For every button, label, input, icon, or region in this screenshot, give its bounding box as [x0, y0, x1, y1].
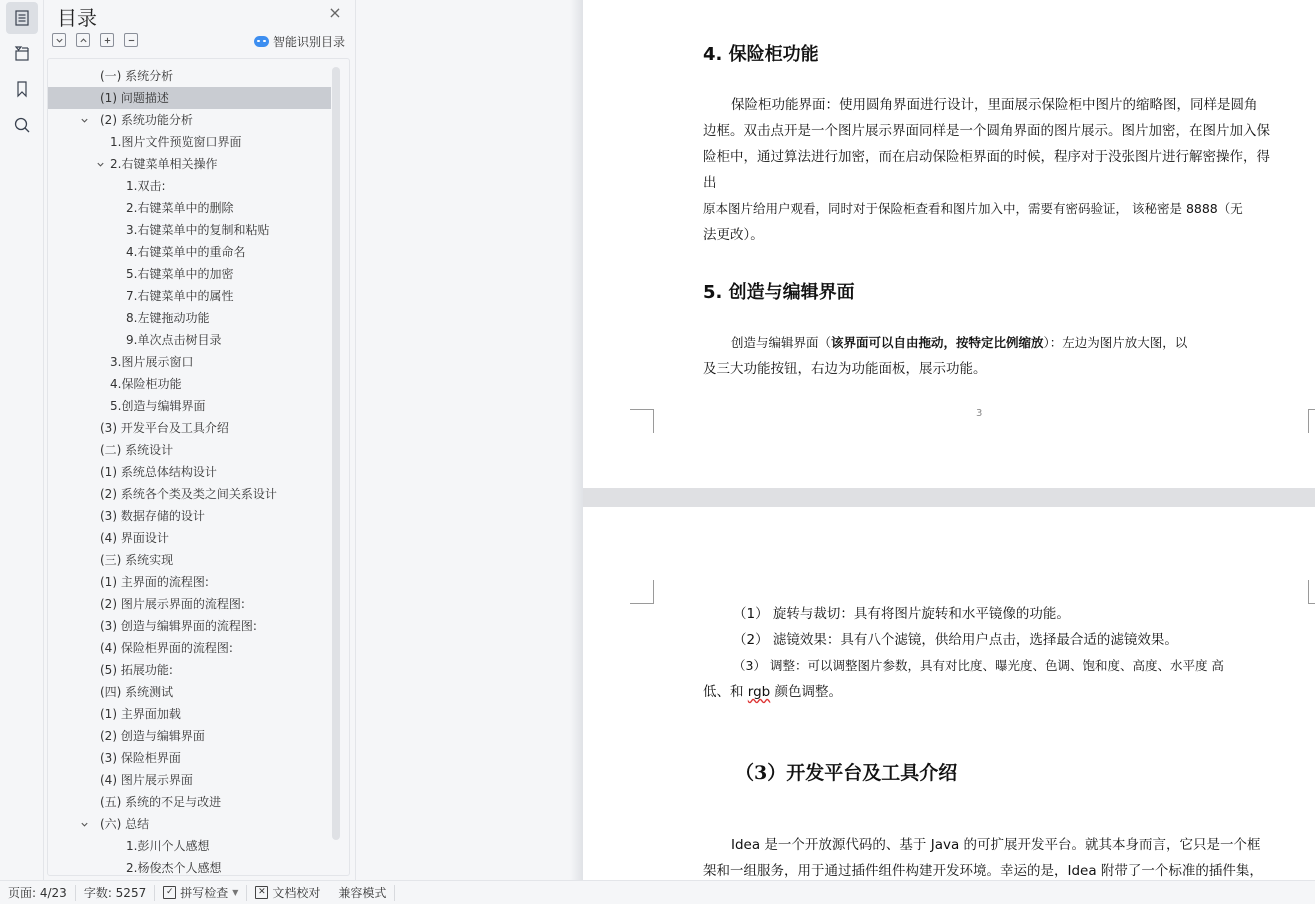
toc-item-label: (1) 系统总体结构设计: [100, 465, 217, 479]
ai-smart-icon: [254, 36, 269, 47]
toc-item[interactable]: (二) 系统设计: [48, 439, 331, 461]
page-indicator[interactable]: 页面: 4/23: [0, 885, 76, 901]
para-text: ）：左边为图片放大图，以: [1044, 335, 1188, 350]
toc-list-icon: [13, 9, 31, 27]
spelling-error-word[interactable]: rgb: [748, 684, 770, 700]
toc-item-label: (4) 图片展示界面: [100, 773, 193, 787]
toc-scrollbar[interactable]: [332, 67, 340, 840]
heading-dev-platform: （3）开发平台及工具介绍: [735, 758, 957, 785]
compat-mode-label: 兼容模式: [338, 884, 386, 901]
list-text: 滤镜效果：具有八个滤镜，供给用户点击，选择最合适的滤镜效果。: [773, 632, 1178, 648]
list-text: 调整：可以调整图片参数，具有对比度、曝光度、色调、饱和度、高度、水平度 高: [770, 658, 1224, 673]
canvas-margin: [357, 0, 583, 880]
toc-item-label: (2) 图片展示界面的流程图:: [100, 597, 245, 611]
toc-panel: 目录 × 智能识别目录 (一) 系统分析(1) 问题描述(2) 系统功能分析1.…: [45, 0, 356, 880]
proofread-icon: ✕: [255, 886, 268, 899]
para-line: 及三大功能按钮，右边为功能面板，展示功能。: [703, 356, 1283, 382]
toc-item-label: (1) 问题描述: [100, 91, 169, 105]
toc-item[interactable]: (4) 界面设计: [48, 527, 331, 549]
toc-item[interactable]: (1) 主界面的流程图:: [48, 571, 331, 593]
toc-item[interactable]: 8.左键拖动功能: [48, 307, 331, 329]
toc-item[interactable]: 5.右键菜单中的加密: [48, 263, 331, 285]
navigation-panel-button[interactable]: [6, 37, 38, 69]
toc-item-label: (1) 主界面加载: [100, 707, 181, 721]
toc-item-label: 7.右键菜单中的属性: [126, 289, 233, 303]
smart-toc-label: 智能识别目录: [273, 33, 345, 50]
word-count[interactable]: 字数: 5257: [76, 885, 155, 901]
toc-item[interactable]: (3) 数据存储的设计: [48, 505, 331, 527]
toc-item-label: 3.图片展示窗口: [110, 355, 193, 369]
chevron-down-icon[interactable]: [94, 153, 106, 175]
toc-item[interactable]: (4) 图片展示界面: [48, 769, 331, 791]
para-line: 保险柜功能界面：使用圆角界面进行设计，里面展示保险柜中图片的缩略图，同样是圆角: [703, 92, 1283, 118]
chevron-down-icon[interactable]: [78, 813, 90, 835]
toc-item[interactable]: (五) 系统的不足与改进: [48, 791, 331, 813]
paragraph-idea: Idea 是一个开放源代码的、基于 Java 的可扩展开发平台。就其本身而言，它…: [703, 832, 1283, 880]
toc-tree: (一) 系统分析(1) 问题描述(2) 系统功能分析1.图片文件预览窗口界面2.…: [47, 58, 350, 876]
toc-item[interactable]: (3) 创造与编辑界面的流程图:: [48, 615, 331, 637]
word-count-text: 字数: 5257: [84, 884, 146, 901]
toc-item-label: (5) 拓展功能:: [100, 663, 173, 677]
toc-title: 目录: [57, 2, 97, 31]
para-bold-text: 该界面可以自由拖动，按特定比例缩放: [831, 335, 1044, 350]
para-line: 架和一组服务，用于通过插件组件构建开发环境。幸运的是，Idea 附带了一个标准的…: [703, 858, 1283, 880]
toc-item-label: 9.单次点击树目录: [126, 333, 221, 347]
toc-item-label: (2) 创造与编辑界面: [100, 729, 205, 743]
spell-check-button[interactable]: ✓ 拼写检查 ▼: [155, 885, 247, 901]
para-line: Idea 是一个开放源代码的、基于 Java 的可扩展开发平台。就其本身而言，它…: [703, 832, 1283, 858]
toc-item-label: 5.创造与编辑界面: [110, 399, 205, 413]
toc-item-label: (3) 数据存储的设计: [100, 509, 205, 523]
search-panel-button[interactable]: [6, 109, 38, 141]
list-text: 旋转与裁切：具有将图片旋转和水平镜像的功能。: [773, 606, 1070, 622]
remove-heading-button[interactable]: [124, 33, 138, 47]
heading-create-edit: 5. 创造与编辑界面: [703, 278, 855, 304]
toc-item[interactable]: 7.右键菜单中的属性: [48, 285, 331, 307]
doc-proofread-label: 文档校对: [272, 884, 320, 901]
paragraph-safe-box: 保险柜功能界面：使用圆角界面进行设计，里面展示保险柜中图片的缩略图，同样是圆角 …: [703, 92, 1283, 248]
toc-item[interactable]: 4.保险柜功能: [48, 373, 331, 395]
toc-item-label: 2.右键菜单中的删除: [126, 201, 233, 215]
toc-item-label: (五) 系统的不足与改进: [100, 795, 221, 809]
toc-item[interactable]: (2) 创造与编辑界面: [48, 725, 331, 747]
add-heading-button[interactable]: [100, 33, 114, 47]
expand-all-button[interactable]: [76, 33, 90, 47]
toc-item[interactable]: 1.双击:: [48, 175, 331, 197]
dropdown-caret-icon[interactable]: ▼: [232, 888, 238, 897]
toc-item[interactable]: 3.右键菜单中的复制和粘贴: [48, 219, 331, 241]
toc-item[interactable]: 1.图片文件预览窗口界面: [48, 131, 331, 153]
para-line: 创造与编辑界面（该界面可以自由拖动，按特定比例缩放）：左边为图片放大图，以: [703, 330, 1283, 356]
spell-check-label: 拼写检查: [180, 884, 228, 901]
toc-item-label: 5.右键菜单中的加密: [126, 267, 233, 281]
toc-item[interactable]: 2.右键菜单相关操作: [48, 153, 331, 175]
para-line: 险柜中，通过算法进行加密，而在启动保险柜界面的时候，程序对于没张图片进行解密操作…: [703, 144, 1283, 196]
search-icon: [13, 116, 31, 134]
toc-item-label: (4) 保险柜界面的流程图:: [100, 641, 233, 655]
list-number: （3）: [733, 658, 766, 673]
toc-item[interactable]: (1) 系统总体结构设计: [48, 461, 331, 483]
toc-item[interactable]: 2.杨俊杰个人感想: [48, 857, 331, 876]
toc-item[interactable]: 9.单次点击树目录: [48, 329, 331, 351]
margin-corner-mark: [630, 409, 654, 433]
margin-corner-mark: [1308, 409, 1315, 433]
toc-item[interactable]: (2) 系统功能分析: [48, 109, 331, 131]
feature-list: （1） 旋转与裁切：具有将图片旋转和水平镜像的功能。 （2） 滤镜效果：具有八个…: [703, 601, 1283, 705]
toc-item[interactable]: (3) 保险柜界面: [48, 747, 331, 769]
wps-writer-window: 目录 × 智能识别目录 (一) 系统分析(1) 问题描述(2) 系统功能分析1.…: [0, 0, 1315, 904]
chevron-down-icon: [55, 36, 64, 45]
toc-item[interactable]: 3.图片展示窗口: [48, 351, 331, 373]
plus-icon: [103, 36, 112, 45]
paragraph-create-edit: 创造与编辑界面（该界面可以自由拖动，按特定比例缩放）：左边为图片放大图，以 及三…: [703, 330, 1283, 382]
para-line: 边框。双击点开是一个图片展示界面同样是一个圆角界面的图片展示。图片加密，在图片加…: [703, 118, 1283, 144]
toc-item-label: (一) 系统分析: [100, 69, 173, 83]
toc-list: (一) 系统分析(1) 问题描述(2) 系统功能分析1.图片文件预览窗口界面2.…: [48, 65, 331, 876]
compat-mode-indicator: 兼容模式: [328, 885, 395, 901]
status-bar: 页面: 4/23 字数: 5257 ✓ 拼写检查 ▼ ✕ 文档校对 兼容模式: [0, 880, 1315, 904]
page-shadow: [570, 0, 583, 880]
toc-item-label: 1.彭川个人感想: [126, 839, 209, 853]
bookmark-icon: [13, 80, 31, 98]
toc-item[interactable]: (六) 总结: [48, 813, 331, 835]
toc-item-label: (三) 系统实现: [100, 553, 173, 567]
bookmarks-panel-button[interactable]: [6, 73, 38, 105]
toc-item[interactable]: (四) 系统测试: [48, 681, 331, 703]
toc-item[interactable]: (三) 系统实现: [48, 549, 331, 571]
toc-item-label: (2) 系统各个类及类之间关系设计: [100, 487, 277, 501]
folder-nav-icon: [13, 44, 31, 62]
para-line: 原本图片给用户观看，同时对于保险柜查看和图片加入中，需要有密码验证， 该秘密是 …: [703, 196, 1283, 222]
para-text: 低、和: [703, 684, 748, 700]
page-separator: [583, 488, 1315, 507]
page-indicator-text: 页面: 4/23: [8, 884, 67, 901]
toc-item-label: (四) 系统测试: [100, 685, 173, 699]
list-number: （2）: [733, 632, 769, 648]
toc-item[interactable]: 4.右键菜单中的重命名: [48, 241, 331, 263]
toc-item-label: 2.右键菜单相关操作: [110, 157, 217, 171]
toc-item[interactable]: (1) 问题描述: [48, 87, 331, 109]
close-icon[interactable]: ×: [328, 6, 342, 20]
doc-proofread-button[interactable]: ✕ 文档校对: [247, 885, 328, 901]
toc-item-label: 1.图片文件预览窗口界面: [110, 135, 241, 149]
toc-item[interactable]: 1.彭川个人感想: [48, 835, 331, 857]
list-item: （1） 旋转与裁切：具有将图片旋转和水平镜像的功能。: [703, 601, 1283, 627]
list-item-continuation: 低、和 rgb 颜色调整。: [703, 679, 1283, 705]
toc-item-label: 8.左键拖动功能: [126, 311, 209, 325]
para-text: 颜色调整。: [770, 684, 842, 700]
toc-item-label: 1.双击:: [126, 179, 166, 193]
toc-item-label: 4.右键菜单中的重命名: [126, 245, 245, 259]
toc-item[interactable]: (5) 拓展功能:: [48, 659, 331, 681]
toc-item-label: 3.右键菜单中的复制和粘贴: [126, 223, 269, 237]
chevron-down-icon[interactable]: [78, 109, 90, 131]
spell-check-icon: ✓: [163, 886, 176, 899]
toc-item-label: 4.保险柜功能: [110, 377, 181, 391]
toc-item[interactable]: (2) 图片展示界面的流程图:: [48, 593, 331, 615]
chevron-up-icon: [79, 36, 88, 45]
list-item: （2） 滤镜效果：具有八个滤镜，供给用户点击，选择最合适的滤镜效果。: [703, 627, 1283, 653]
toc-item[interactable]: 5.创造与编辑界面: [48, 395, 331, 417]
list-number: （1）: [733, 606, 769, 622]
margin-corner-mark: [630, 580, 654, 604]
document-canvas[interactable]: 4. 保险柜功能 保险柜功能界面：使用圆角界面进行设计，里面展示保险柜中图片的缩…: [583, 0, 1315, 880]
para-line: 法更改）。: [703, 222, 1283, 248]
smart-toc-button[interactable]: 智能识别目录: [254, 33, 345, 50]
toc-item[interactable]: (3) 开发平台及工具介绍: [48, 417, 331, 439]
toc-item[interactable]: 2.右键菜单中的删除: [48, 197, 331, 219]
left-icon-rail: [0, 0, 44, 880]
toc-item-label: (3) 创造与编辑界面的流程图:: [100, 619, 257, 633]
heading-safe-box: 4. 保险柜功能: [703, 40, 819, 66]
toc-item-label: (3) 开发平台及工具介绍: [100, 421, 229, 435]
toc-item-label: (2) 系统功能分析: [100, 113, 193, 127]
toc-item[interactable]: (1) 主界面加载: [48, 703, 331, 725]
toc-item-label: (4) 界面设计: [100, 531, 169, 545]
page-number: 3: [976, 408, 982, 419]
toc-toolbar: [52, 33, 138, 47]
margin-corner-mark: [1308, 580, 1315, 604]
list-item: （3） 调整：可以调整图片参数，具有对比度、曝光度、色调、饱和度、高度、水平度 …: [703, 653, 1283, 679]
toc-item[interactable]: (4) 保险柜界面的流程图:: [48, 637, 331, 659]
toc-item[interactable]: (2) 系统各个类及类之间关系设计: [48, 483, 331, 505]
toc-item-label: (六) 总结: [100, 817, 149, 831]
para-text: 创造与编辑界面（: [731, 335, 831, 350]
minus-icon: [127, 36, 136, 45]
toc-item[interactable]: (一) 系统分析: [48, 65, 331, 87]
toc-panel-button[interactable]: [6, 2, 38, 34]
toc-item-label: (3) 保险柜界面: [100, 751, 181, 765]
collapse-all-button[interactable]: [52, 33, 66, 47]
toc-item-label: (二) 系统设计: [100, 443, 173, 457]
toc-item-label: 2.杨俊杰个人感想: [126, 861, 221, 875]
toc-item-label: (1) 主界面的流程图:: [100, 575, 209, 589]
